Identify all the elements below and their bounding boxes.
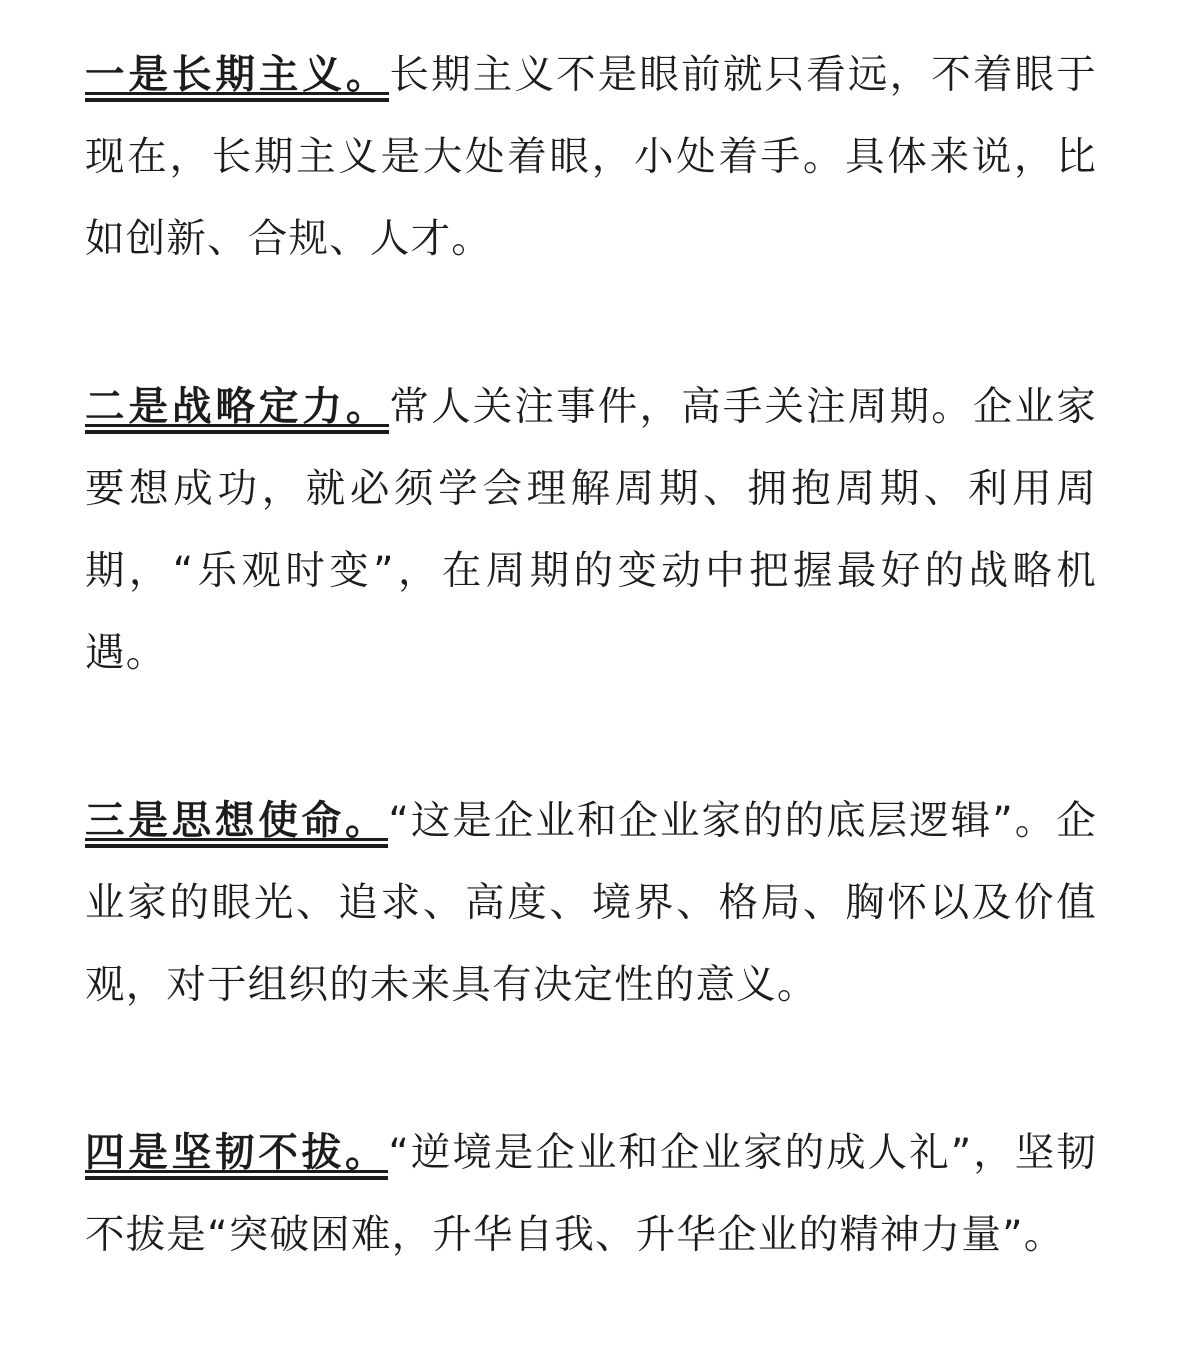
paragraph-heading: 二是战略定力。 [85,384,389,434]
paragraph-heading: 四是坚韧不拔。 [85,1130,388,1180]
paragraph-heading: 三是思想使命。 [85,798,388,848]
paragraph-heading: 一是长期主义。 [85,52,389,102]
paragraph-strategic-focus: 二是战略定力。常人关注事件，高手关注周期。企业家要想成功，就必须学会理解周期、拥… [85,366,1097,694]
paragraph-long-termism: 一是长期主义。长期主义不是眼前就只看远，不着眼于现在，长期主义是大处着眼，小处着… [85,34,1097,280]
paragraph-mission: 三是思想使命。“这是企业和企业家的的底层逻辑”。企业家的眼光、追求、高度、境界、… [85,780,1097,1026]
paragraph-perseverance: 四是坚韧不拔。“逆境是企业和企业家的成人礼”，坚韧不拔是“突破困难，升华自我、升… [85,1112,1097,1276]
article: 一是长期主义。长期主义不是眼前就只看远，不着眼于现在，长期主义是大处着眼，小处着… [85,34,1097,1276]
